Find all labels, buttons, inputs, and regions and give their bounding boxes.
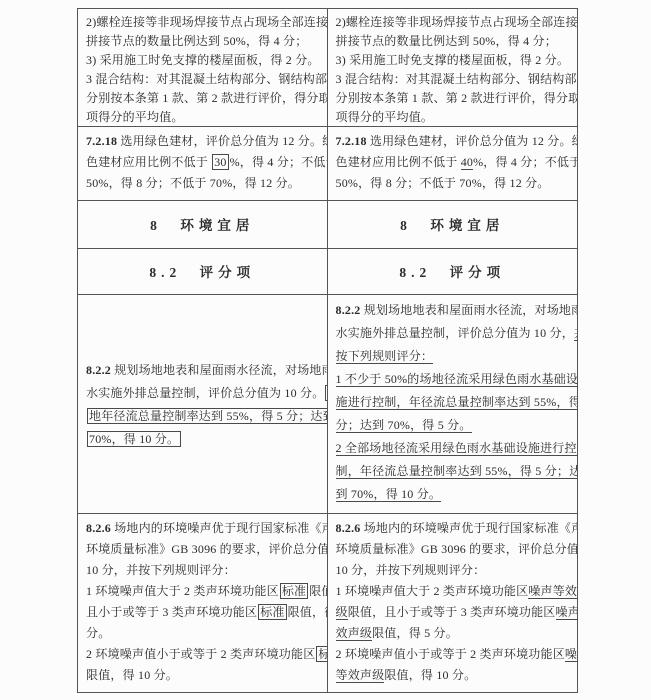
text-line: 水实施外排总量控制，评价总分值为 10 分，并: [336, 322, 570, 345]
text-segment: 限值，得 10 分。: [86, 668, 178, 682]
clause-number: 7.2.18: [86, 134, 117, 148]
text-line: 且小于或等于 3 类声环境功能区标准限值，得 5: [86, 602, 319, 623]
text-segment: 拼接节点的数量比例达到 50%，得 4 分；: [336, 34, 557, 48]
text-line: 7.2.18 选用绿色建材，评价总分值为 12 分。绿: [336, 131, 570, 152]
text-segment: 2 环境噪声值小于或等于 2 类声环境功能区: [86, 647, 315, 661]
text-segment: 50%，得 8 分；不低于 70%，得 12 分。: [336, 176, 550, 190]
text-line: 施进行控制，年径流总量控制率达到 55%，得 3: [336, 391, 570, 414]
text-line: 2 环境噪声值小于或等于 2 类声环境功能区标准: [86, 644, 319, 665]
text-segment: 1 环境噪声值大于 2 类声环境功能区: [336, 584, 529, 598]
text-line: 3 混合结构：对其混凝土结构部分、钢结构部分，: [86, 70, 319, 89]
deleted-text-box: 标准: [316, 646, 327, 662]
text-line: 按下列规则评分：: [336, 345, 570, 368]
text-segment: 8.2 评分项: [149, 265, 255, 280]
text-line: 2)螺栓连接等非现场焊接节点占现场全部连接、: [336, 13, 570, 32]
text-line: 分别按本条第 1 款、第 2 款进行评价，得分取各: [86, 89, 319, 108]
text-line: 8.2.6 场地内的环境噪声优于现行国家标准《声: [336, 518, 570, 539]
text-line: 3) 采用施工时免支撑的楼屋面板，得 2 分。: [336, 51, 570, 70]
inserted-text-underline: 等效声级: [336, 668, 385, 683]
text-segment: 1 环境噪声值大于 2 类声环境功能区: [86, 584, 279, 598]
clause-number: 8.2.2: [336, 303, 361, 317]
text-segment: 分别按本条第 1 款、第 2 款进行评价，得分取各: [86, 91, 328, 105]
text-line: 8.2 评分项: [399, 262, 505, 284]
text-segment: 50%，得 8 分；不低于 70%，得 12 分。: [86, 176, 300, 190]
text-segment: 项得分的平均值。: [336, 110, 434, 124]
cell-r2-left: 8 环境宜居: [78, 201, 328, 248]
inserted-text-underline: 2 全部场地径流采用绿色雨水基础设施进行控: [336, 441, 577, 456]
deleted-text-box: 30: [212, 154, 228, 170]
text-line: 色建材应用比例不低于 30%，得 4 分；不低于: [86, 152, 319, 173]
cell-r0-left: 2)螺栓连接等非现场焊接节点占现场全部连接、拼接节点的数量比例达到 50%，得 …: [78, 9, 328, 126]
text-line: 项得分的平均值。: [86, 108, 319, 126]
text-line: 50%，得 8 分；不低于 70%，得 12 分。: [86, 173, 319, 194]
table-row-clause-826: 8.2.6 场地内的环境噪声优于现行国家标准《声环境质量标准》GB 3096 的…: [78, 514, 577, 692]
text-line: 3) 采用施工时免支撑的楼屋面板，得 2 分。: [86, 51, 319, 70]
text-segment: 环境质量标准》GB 3096 的要求，评价总分值为: [336, 542, 578, 556]
text-line: 8 环境宜居: [150, 215, 254, 237]
deleted-text-box: 地年径流总量控制率达到 55%，得 5 分；达到: [87, 408, 328, 424]
text-line: 色建材应用比例不低于 40%，得 4 分；不低于: [336, 152, 570, 173]
inserted-text-underline: 分；达到 70%，得 5 分。: [336, 418, 472, 433]
text-line: 70%，得 10 分。: [86, 428, 319, 451]
text-line: 2 环境噪声值小于或等于 2 类声环境功能区噪声: [336, 644, 570, 665]
cell-r2-right: 8 环境宜居: [328, 201, 578, 248]
text-line: 拼接节点的数量比例达到 50%，得 4 分；: [336, 32, 570, 51]
inserted-text-underline: 噪声等效声: [528, 584, 577, 599]
text-segment: 规划场地地表和屋面雨水径流，对场地雨: [111, 363, 328, 377]
text-line: 2 全部场地径流采用绿色雨水基础设施进行控: [336, 437, 570, 460]
text-segment: 色建材应用比例不低于: [336, 155, 461, 169]
table-row-section-82-heading: 8.2 评分项 8.2 评分项: [78, 249, 577, 295]
document-page: 2)螺栓连接等非现场焊接节点占现场全部连接、拼接节点的数量比例达到 50%，得 …: [0, 0, 651, 700]
text-line: 环境质量标准》GB 3096 的要求，评价总分值为: [86, 539, 319, 560]
inserted-text-underline: 40: [461, 155, 473, 170]
text-line: 级限值，且小于或等于 3 类声环境功能区噪声等: [336, 602, 570, 623]
text-segment: 分。: [86, 626, 110, 640]
text-line: 3 混合结构：对其混凝土结构部分、钢结构部分，: [336, 70, 570, 89]
text-segment: 限值，且小于或等于 3 类声环境功能区: [348, 605, 556, 619]
deleted-text-box: 标准: [258, 604, 286, 620]
table-row-continuation: 2)螺栓连接等非现场焊接节点占现场全部连接、拼接节点的数量比例达到 50%，得 …: [78, 9, 577, 127]
text-segment: 8 环境宜居: [400, 218, 504, 233]
cell-r4-right: 8.2.2 规划场地地表和屋面雨水径流，对场地雨水实施外排总量控制，评价总分值为…: [328, 295, 578, 513]
text-segment: 拼接节点的数量比例达到 50%，得 4 分；: [86, 34, 307, 48]
text-segment: 水实施外排总量控制，评价总分值为 10 分。: [86, 386, 324, 400]
text-segment: %，得 4 分；不低于: [230, 155, 328, 169]
cell-r1-right: 7.2.18 选用绿色建材，评价总分值为 12 分。绿色建材应用比例不低于 40…: [328, 127, 578, 200]
text-line: 1 环境噪声值大于 2 类声环境功能区标准限值，: [86, 581, 319, 602]
text-segment: 3 混合结构：对其混凝土结构部分、钢结构部分，: [86, 72, 328, 86]
table-row-clause-822: 8.2.2 规划场地地表和屋面雨水径流，对场地雨水实施外排总量控制，评价总分值为…: [78, 295, 577, 514]
text-segment: 规划场地地表和屋面雨水径流，对场地雨: [361, 303, 578, 317]
text-segment: 10 分，并按下列规则评分：: [336, 563, 486, 577]
inserted-text-underline: 按下列规则评分：: [336, 349, 434, 364]
cell-r3-left: 8.2 评分项: [78, 249, 328, 294]
cell-r1-left: 7.2.18 选用绿色建材，评价总分值为 12 分。绿色建材应用比例不低于 30…: [78, 127, 328, 200]
text-segment: 8.2 评分项: [399, 265, 505, 280]
text-segment: 项得分的平均值。: [86, 110, 184, 124]
text-segment: 10 分，并按下列规则评分：: [86, 563, 236, 577]
text-line: 到 70%，得 10 分。: [336, 483, 570, 506]
text-segment: 2)螺栓连接等非现场焊接节点占现场全部连接、: [336, 15, 578, 29]
text-line: 10 分，并按下列规则评分：: [336, 560, 570, 581]
table-row-chapter-8-heading: 8 环境宜居 8 环境宜居: [78, 201, 577, 249]
text-line: 限值，得 10 分。: [86, 665, 319, 686]
deleted-text-box: 标准: [280, 583, 308, 599]
text-segment: 且小于或等于 3 类声环境功能区: [86, 605, 257, 619]
cell-r4-left: 8.2.2 规划场地地表和屋面雨水径流，对场地雨水实施外排总量控制，评价总分值为…: [78, 295, 328, 513]
table-row-clause-7218: 7.2.18 选用绿色建材，评价总分值为 12 分。绿色建材应用比例不低于 30…: [78, 127, 577, 201]
text-line: 1 环境噪声值大于 2 类声环境功能区噪声等效声: [336, 581, 570, 602]
text-line: 8.2.2 规划场地地表和屋面雨水径流，对场地雨: [86, 359, 319, 382]
text-segment: 限值，得 5: [288, 605, 328, 619]
text-segment: 2 环境噪声值小于或等于 2 类声环境功能区: [336, 647, 565, 661]
inserted-text-underline: 效声级: [336, 626, 373, 641]
text-segment: 2)螺栓连接等非现场焊接节点占现场全部连接、: [86, 15, 328, 29]
cell-r5-right: 8.2.6 场地内的环境噪声优于现行国家标准《声环境质量标准》GB 3096 的…: [328, 514, 578, 692]
text-segment: 限值，得 10 分。: [384, 668, 476, 682]
text-line: 8.2 评分项: [149, 262, 255, 284]
text-line: 项得分的平均值。: [336, 108, 570, 126]
text-segment: 3) 采用施工时免支撑的楼屋面板，得 2 分。: [86, 53, 320, 67]
text-segment: 限值，得 5 分。: [372, 626, 458, 640]
text-line: 效声级限值，得 5 分。: [336, 623, 570, 644]
text-segment: 环境质量标准》GB 3096 的要求，评价总分值为: [86, 542, 328, 556]
text-segment: 3) 采用施工时免支撑的楼屋面板，得 2 分。: [336, 53, 570, 67]
text-line: 分别按本条第 1 款、第 2 款进行评价，得分取各: [336, 89, 570, 108]
comparison-table: 2)螺栓连接等非现场焊接节点占现场全部连接、拼接节点的数量比例达到 50%，得 …: [77, 8, 578, 693]
inserted-text-underline: 施进行控制，年径流总量控制率达到 55%，得 3: [336, 395, 578, 410]
text-segment: 选用绿色建材，评价总分值为 12 分。绿: [367, 134, 577, 148]
clause-number: 7.2.18: [336, 134, 367, 148]
text-line: 8.2.6 场地内的环境噪声优于现行国家标准《声: [86, 518, 319, 539]
cell-r3-right: 8.2 评分项: [328, 249, 578, 294]
inserted-text-underline: 噪声: [565, 647, 577, 662]
text-line: 8 环境宜居: [400, 215, 504, 237]
inserted-text-underline: 1 不少于 50%的场地径流采用绿色雨水基础设: [336, 372, 578, 387]
inserted-text-underline: 噪声等: [556, 605, 577, 620]
cell-r0-right: 2)螺栓连接等非现场焊接节点占现场全部连接、拼接节点的数量比例达到 50%，得 …: [328, 9, 578, 126]
text-line: 1 不少于 50%的场地径流采用绿色雨水基础设: [336, 368, 570, 391]
text-segment: 8 环境宜居: [150, 218, 254, 233]
text-line: 50%，得 8 分；不低于 70%，得 12 分。: [336, 173, 570, 194]
clause-number: 8.2.2: [86, 363, 111, 377]
clause-number: 8.2.6: [86, 521, 111, 535]
text-line: 环境质量标准》GB 3096 的要求，评价总分值为: [336, 539, 570, 560]
inserted-text-underline: 制，年径流总量控制率达到 55%，得 5 分；达: [336, 464, 578, 479]
text-segment: 分别按本条第 1 款、第 2 款进行评价，得分取各: [336, 91, 578, 105]
text-line: 制，年径流总量控制率达到 55%，得 5 分；达: [336, 460, 570, 483]
text-segment: 选用绿色建材，评价总分值为 12 分。绿: [117, 134, 327, 148]
text-line: 分；达到 70%，得 5 分。: [336, 414, 570, 437]
text-line: 7.2.18 选用绿色建材，评价总分值为 12 分。绿: [86, 131, 319, 152]
inserted-text-underline: 级: [336, 605, 348, 620]
clause-number: 8.2.6: [336, 521, 361, 535]
text-segment: 水实施外排总量控制，评价总分值为 10 分，: [336, 326, 574, 340]
cell-r5-left: 8.2.6 场地内的环境噪声优于现行国家标准《声环境质量标准》GB 3096 的…: [78, 514, 328, 692]
text-segment: %，得 4 分；不低于: [473, 155, 577, 169]
text-line: 10 分，并按下列规则评分：: [86, 560, 319, 581]
deleted-text-box: 70%，得 10 分。: [87, 431, 181, 447]
text-line: 水实施外排总量控制，评价总分值为 10 分。场: [86, 382, 319, 405]
text-segment: 色建材应用比例不低于: [86, 155, 211, 169]
text-line: 地年径流总量控制率达到 55%，得 5 分；达到: [86, 405, 319, 428]
text-line: 拼接节点的数量比例达到 50%，得 4 分；: [86, 32, 319, 51]
text-segment: 场地内的环境噪声优于现行国家标准《声: [111, 521, 328, 535]
text-line: 8.2.2 规划场地地表和屋面雨水径流，对场地雨: [336, 299, 570, 322]
text-segment: 3 混合结构：对其混凝土结构部分、钢结构部分，: [336, 72, 578, 86]
inserted-text-underline: 并: [574, 326, 577, 341]
text-segment: 场地内的环境噪声优于现行国家标准《声: [361, 521, 578, 535]
text-line: 2)螺栓连接等非现场焊接节点占现场全部连接、: [86, 13, 319, 32]
text-line: 分。: [86, 623, 319, 644]
text-segment: 限值，: [309, 584, 327, 598]
inserted-text-underline: 到 70%，得 10 分。: [336, 487, 442, 502]
text-line: 等效声级限值，得 10 分。: [336, 665, 570, 686]
